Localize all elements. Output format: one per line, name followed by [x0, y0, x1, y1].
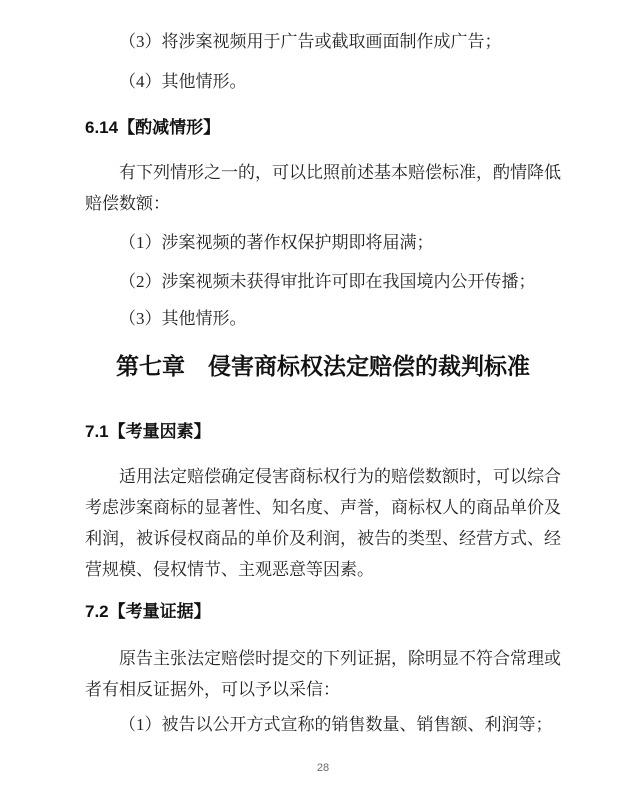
section-7-2-intro-paragraph: 原告主张法定赔偿时提交的下列证据，除明显不符合常理或者有相反证据外，可以予以采信…	[85, 643, 561, 705]
document-content: （3）将涉案视频用于广告或截取画面制作成广告； （4）其他情形。 6.14【酌减…	[85, 0, 561, 776]
section-6-14-item-2: （2）涉案视频未获得审批许可即在我国境内公开传播；	[85, 266, 561, 297]
section-heading-7-2: 7.2【考量证据】	[85, 596, 561, 627]
section-7-1-body-paragraph: 适用法定赔偿确定侵害商标权行为的赔偿数额时，可以综合考虑涉案商标的显著性、知名度…	[85, 461, 561, 585]
section-6-14-intro-paragraph: 有下列情形之一的，可以比照前述基本赔偿标准，酌情降低赔偿数额：	[85, 157, 561, 219]
chapter-title: 第七章 侵害商标权法定赔偿的裁判标准	[85, 346, 561, 386]
list-item-3-prev-section: （3）将涉案视频用于广告或截取画面制作成广告；	[85, 26, 561, 57]
section-6-14-item-3: （3）其他情形。	[85, 303, 561, 334]
section-6-14-item-1: （1）涉案视频的著作权保护期即将届满；	[85, 227, 561, 258]
section-heading-7-1: 7.1【考量因素】	[85, 416, 561, 447]
list-item-4-prev-section: （4）其他情形。	[85, 66, 561, 97]
page-number: 28	[85, 760, 561, 776]
section-heading-6-14: 6.14【酌减情形】	[85, 112, 561, 143]
document-page: （3）将涉案视频用于广告或截取画面制作成广告； （4）其他情形。 6.14【酌减…	[0, 0, 640, 789]
section-7-2-item-1: （1）被告以公开方式宣称的销售数量、销售额、利润等；	[85, 709, 561, 740]
